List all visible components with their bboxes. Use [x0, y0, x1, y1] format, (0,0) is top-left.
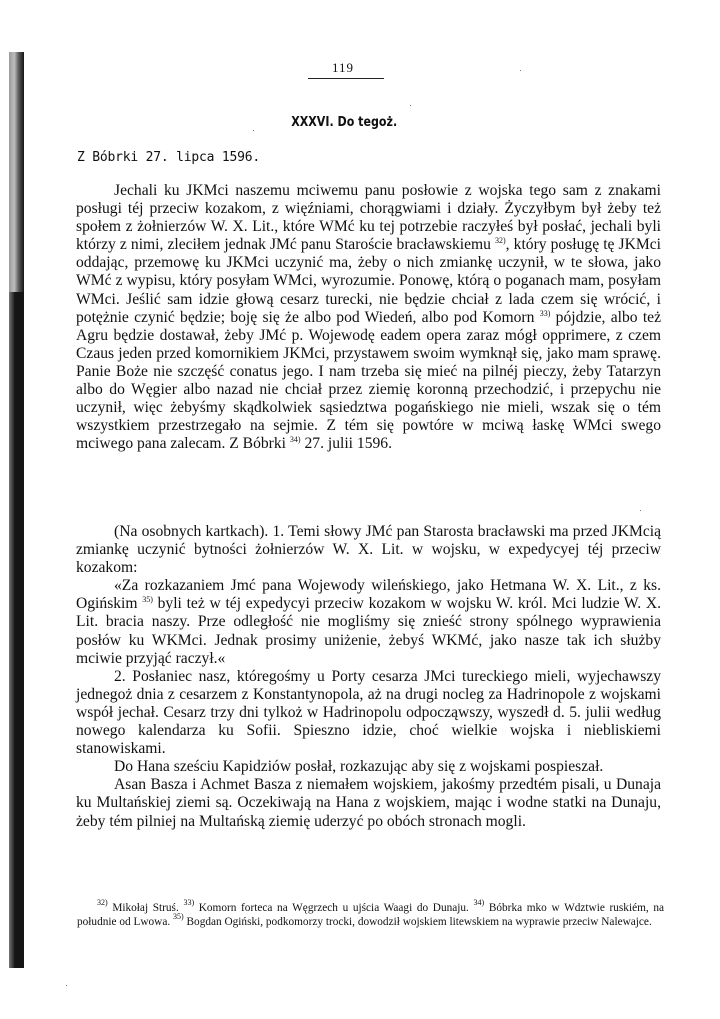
footnote-list: 32) Mikołaj Struś. 33) Komorn forteca na… — [77, 902, 664, 929]
footnote-mark-35: 35) — [173, 912, 184, 921]
footnote-mark-32: 32) — [97, 898, 108, 907]
footnotes: 32) Mikołaj Struś. 33) Komorn forteca na… — [77, 902, 664, 929]
enclosure-body: (Na osobnych kartkach). 1. Temi słowy JM… — [76, 523, 661, 831]
footnote-35: Bogdan Ogiński, podkomorzy trocki, dowod… — [184, 916, 652, 928]
footnote-ref-34: 34) — [290, 435, 301, 444]
page-number: 119 — [303, 60, 383, 76]
scan-speck — [410, 105, 411, 106]
footnote-33: Komorn forteca na Węgrzech u ujścia Waag… — [194, 902, 473, 914]
letter-text: 27. julii 1596. — [301, 435, 392, 452]
letter-text: pójdzie, albo też Agru będzie dostawał, … — [76, 309, 661, 453]
enclosure-paragraph-2: 2. Posłaniec nasz, któregośmy u Porty ce… — [76, 668, 661, 758]
document-heading: XXXVI. Do tegoż. — [62, 114, 626, 130]
footnote-ref-33: 33) — [540, 309, 551, 318]
scan-speck — [66, 985, 67, 986]
scan-speck — [520, 70, 521, 71]
enclosure-text: byli też w téj expedycyi przeciw kozakom… — [76, 595, 661, 666]
enclosure-paragraph-3: Do Hana sześciu Kapidziów posłał, rozkaz… — [76, 758, 661, 776]
scan-speck — [253, 130, 254, 131]
enclosure-quote: «Za rozkazaniem Jmć pana Wojewody wileńs… — [76, 577, 661, 667]
scan-speck — [640, 510, 641, 511]
enclosure-paragraph-1: (Na osobnych kartkach). 1. Temi słowy JM… — [76, 523, 661, 577]
letter-body: Jechali ku JKMci naszemu mciwemu panu po… — [76, 182, 661, 453]
page-binding-edge — [9, 52, 24, 968]
letter-paragraph: Jechali ku JKMci naszemu mciwemu panu po… — [76, 182, 661, 453]
footnote-mark-33: 33) — [183, 898, 194, 907]
dateline: Z Bóbrki 27. lipca 1596. — [77, 150, 260, 165]
footnote-mark-34: 34) — [474, 898, 485, 907]
footnote-ref-32: 32) — [495, 236, 506, 245]
page-number-rule — [308, 78, 384, 79]
footnote-ref-35: 35) — [142, 595, 153, 604]
enclosure-paragraph-4: Asan Basza i Achmet Basza z niemałem woj… — [76, 776, 661, 830]
